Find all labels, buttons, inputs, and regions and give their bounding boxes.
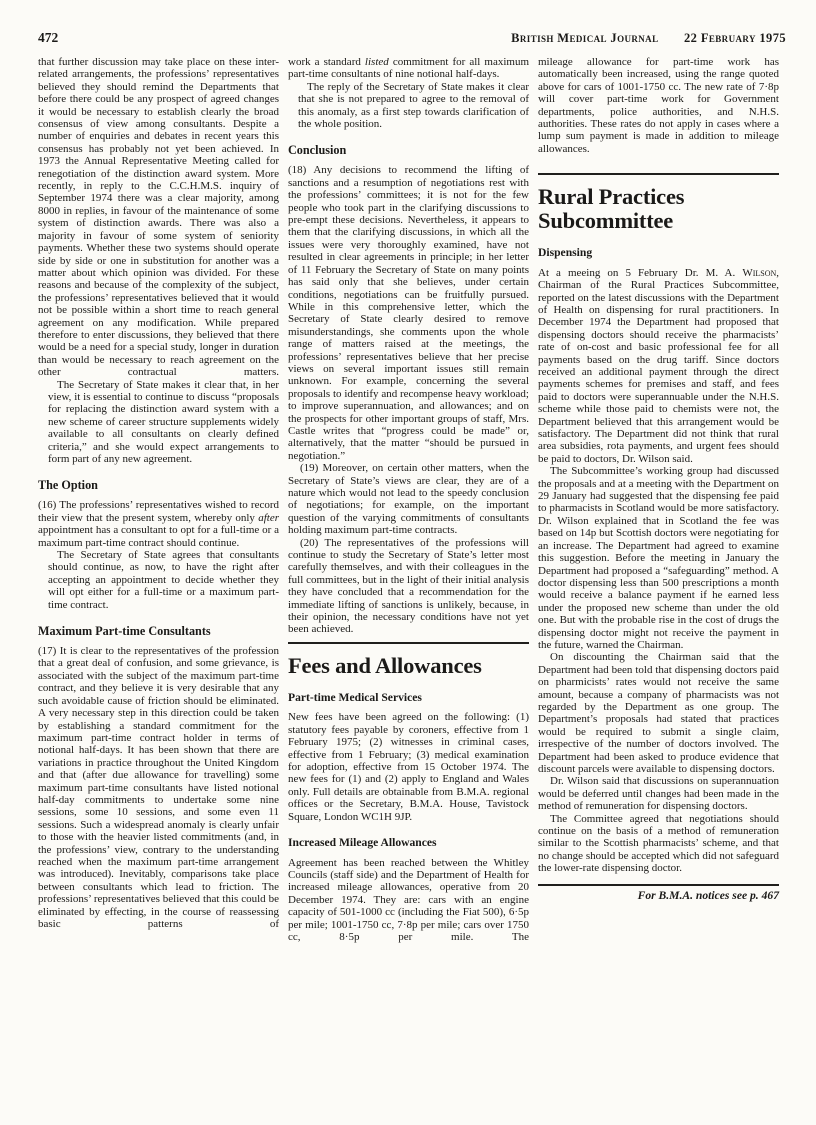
paragraph-18: (18) Any decisions to recommend the lift… xyxy=(288,164,529,462)
issue-date: 22 February 1975 xyxy=(684,31,786,45)
sub-heading-part-time-medical-services: Part-time Medical Services xyxy=(288,692,529,705)
article-divider-rule xyxy=(288,642,529,644)
article-title-fees-and-allowances: Fees and Allowances xyxy=(288,654,529,678)
paragraph-mileage-continuation: mileage allowance for part-time work has… xyxy=(538,56,779,155)
section-heading-max-part-time: Maximum Part-time Consultants xyxy=(38,625,279,638)
paragraph-continuation: that further discussion may take place o… xyxy=(38,56,279,379)
column-3: mileage allowance for part-time work has… xyxy=(538,56,779,902)
column-1: that further discussion may take place o… xyxy=(38,56,279,930)
paragraph-committee-agreed: The Committee agreed that negotiations s… xyxy=(538,813,779,875)
paragraph-secretary-option: The Secretary of State agrees that consu… xyxy=(48,549,279,611)
paragraph-17: (17) It is clear to the representatives … xyxy=(38,645,279,930)
article-divider-rule xyxy=(538,173,779,175)
paragraph-continuation: work a standard listed commitment for al… xyxy=(288,56,529,81)
paragraph-new-fees: New fees have been agreed on the followi… xyxy=(288,711,529,823)
bma-notices-footer: For B.M.A. notices see p. 467 xyxy=(538,890,779,902)
sub-heading-dispensing: Dispensing xyxy=(538,247,779,260)
paragraph-superannuation: Dr. Wilson said that discussions on supe… xyxy=(538,775,779,812)
column-2: work a standard listed commitment for al… xyxy=(288,56,529,943)
running-head: 472 British Medical Journal 22 February … xyxy=(38,30,786,46)
section-heading-the-option: The Option xyxy=(38,479,279,492)
journal-masthead: British Medical Journal 22 February 1975 xyxy=(511,31,786,46)
paragraph-meeting: At a meeing on 5 February Dr. M. A. Wils… xyxy=(538,267,779,466)
section-heading-conclusion: Conclusion xyxy=(288,144,529,157)
sub-heading-increased-mileage-allowances: Increased Mileage Allowances xyxy=(288,837,529,850)
paragraph-20: (20) The representatives of the professi… xyxy=(288,537,529,636)
paragraph-working-group: The Subcommittee’s working group had dis… xyxy=(538,465,779,651)
paragraph-16: (16) The professions’ representatives wi… xyxy=(38,499,279,549)
journal-page: 472 British Medical Journal 22 February … xyxy=(0,0,816,1125)
paragraph-discounting: On discounting the Chairman said that th… xyxy=(538,651,779,775)
article-title-rural-practices-subcommittee: Rural Practices Subcommittee xyxy=(538,185,779,233)
paragraph-secretary-distinction: The Secretary of State makes it clear th… xyxy=(48,379,279,466)
paragraph-mileage: Agreement has been reached between the W… xyxy=(288,857,529,944)
journal-name: British Medical Journal xyxy=(511,31,658,45)
footer-rule xyxy=(538,884,779,886)
page-number: 472 xyxy=(38,30,58,46)
paragraph-19: (19) Moreover, on certain other matters,… xyxy=(288,462,529,536)
paragraph-secretary-reply: The reply of the Secretary of State make… xyxy=(298,81,529,131)
